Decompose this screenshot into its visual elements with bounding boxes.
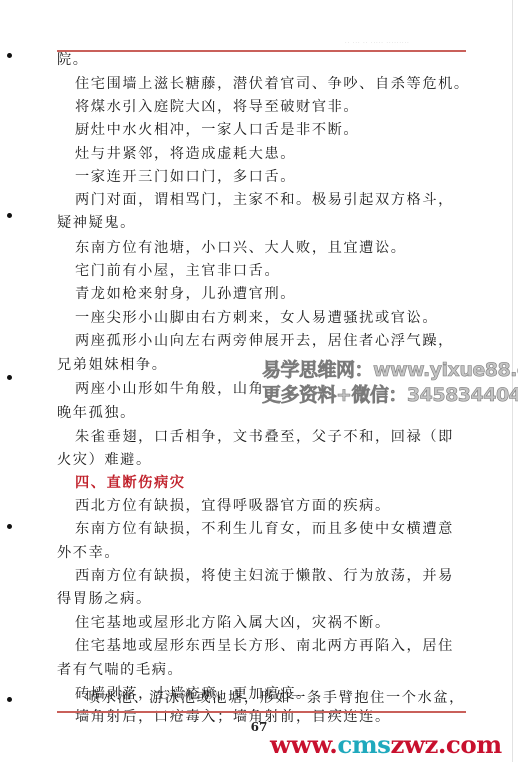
text-line: 晚年孤独。 [57, 404, 136, 422]
text-line: 宅门前有小屋，主官非口舌。 [75, 262, 280, 280]
text-line: 西南方位有缺损，将使主妇流于懒散、行为放荡，并易 [75, 567, 454, 585]
binding-hole-dot [7, 375, 12, 380]
text-line: 将煤水引入庭院大凶，将导至破财官非。 [75, 98, 359, 116]
text-line: 东南方位有缺损，不利生儿育女，而且多使中女横遭意 [75, 520, 454, 538]
text-line: 兄弟姐妹相争。 [57, 356, 168, 374]
section-heading: 四、直断伤病灾 [75, 474, 186, 492]
site-logo: www.cmszwz.com [270, 730, 502, 759]
footer-rule [57, 711, 466, 713]
text-line: 两座孤形小山向左右两旁伸展开去，居住者心浮气躁， [75, 332, 454, 350]
text-line: 院。 [57, 51, 89, 69]
text-line: 两座小山形如牛角般，山角 [75, 380, 264, 398]
text-line: 厨灶中水火相冲，一家人口舌是非不断。 [75, 121, 359, 139]
text-line: 得胃肠之病。 [57, 590, 152, 608]
binding-hole-dot [7, 524, 12, 529]
text-line: 喷水池、游泳池或池塘，形如一条手臂抱住一个水盆， [86, 689, 465, 707]
text-line: 东南方位有池塘，小口兴、大人败，且宜遭讼。 [75, 239, 407, 257]
text-line: 朱雀垂翅，口舌相争，文书叠至，父子不和，回禄（即 [75, 428, 454, 446]
text-line: 外不幸。 [57, 544, 120, 562]
site-logo-part1: www. [270, 730, 337, 759]
text-line: 住宅基地或屋形东西呈长方形、南北两方再陷入，居住 [75, 637, 454, 655]
site-logo-part2: cms [337, 730, 390, 759]
text-line: 一座尖形小山脚由右方刺来，女人易遭骚扰或官讼。 [75, 309, 438, 327]
text-line: 住宅围墙上滋长糖藤，潜伏着官司、争吵、自杀等危机。 [75, 75, 470, 93]
binding-hole-dot [7, 53, 12, 58]
text-line: 青龙如枪来射身，儿孙遭官刑。 [75, 285, 296, 303]
header-rule [57, 50, 466, 52]
text-line: 住宅基地或屋形北方陷入属大凶，灾祸不断。 [75, 614, 391, 632]
text-line: 疑神疑鬼。 [57, 214, 136, 232]
text-line: 两门对面，谓相骂门，主家不和。极易引起双方格斗， [75, 191, 454, 209]
site-logo-part3: zwz.com [390, 730, 501, 759]
text-line: 一家连开三门如口门，多口舌。 [75, 168, 296, 186]
binding-hole-dot [7, 213, 12, 218]
text-line: 西北方位有缺损，宜得呼吸器官方面的疾病。 [75, 497, 391, 515]
watermark-contact: 更多资料+微信：3458344044 [262, 380, 518, 407]
text-line: 灶与井紧邻，将造成虚耗大患。 [75, 145, 296, 163]
watermark-url: 易学思维网：www.yixue88.cn [262, 355, 518, 382]
text-line: 火灾）难避。 [57, 451, 152, 469]
text-line: 者有气喘的毛病。 [57, 661, 183, 679]
running-header: ·· ··· ·· ····· ········· [345, 40, 465, 46]
binding-hole-dot [7, 697, 12, 702]
